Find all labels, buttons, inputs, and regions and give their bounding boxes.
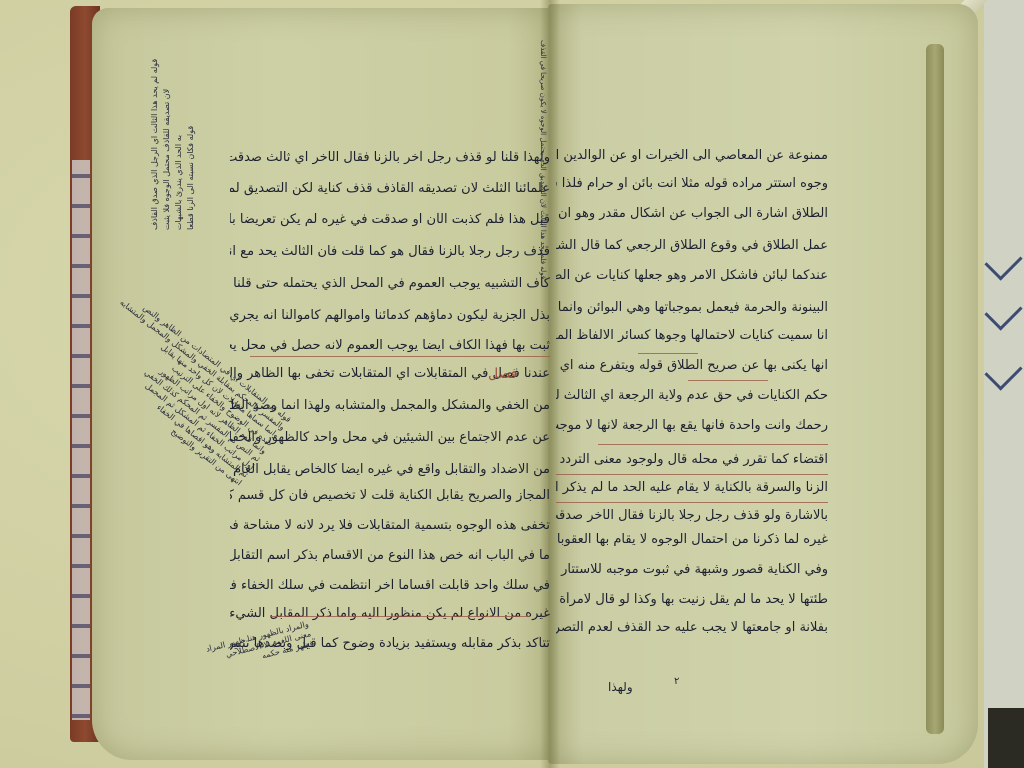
rubric-heading: فصل xyxy=(488,366,517,382)
text-line: قيل هذا فلم كذبت الآن او صدقت في غيره لم… xyxy=(230,212,550,228)
red-rule xyxy=(556,474,828,475)
text-line: حكم الكنايات في حق عدم ولاية الرجعة اي ا… xyxy=(556,388,828,404)
left-endpaper-strip xyxy=(72,160,90,720)
dark-corner xyxy=(988,708,1024,768)
text-line: انها يكنى بها عن صريح الطلاق قوله ويتفرع… xyxy=(556,358,828,374)
margin-note-vertical: به الحد الذي يندرئ بالشبهات xyxy=(174,135,184,230)
text-line: عمل الطلاق في وقوع الطلاق الرجعي كما قال… xyxy=(556,238,828,254)
text-line: ثبت بها فهذا الكاف ايضا يوجب العموم لانه… xyxy=(230,338,550,354)
text-line: البينونة والحرمة فيعمل بموجباتها وهي الب… xyxy=(556,300,828,316)
text-line: انا سميت كنايات لاحتمالها وجوها كسائر ال… xyxy=(556,328,828,344)
text-line: تخفى هذه الوجوه بتسمية المتقابلات فلا ير… xyxy=(230,518,550,534)
red-rule xyxy=(556,502,828,503)
red-rule xyxy=(250,356,550,357)
text-line: رحمك وانت واحدة فانها يقع بها الرجعة لان… xyxy=(556,418,828,434)
red-rule xyxy=(638,353,698,354)
margin-note-vertical: لان تصديقه للقاذف محتمل الوجوه فلا يثبت xyxy=(162,89,172,230)
text-line: وجوه استتر مراده قوله مثلا انت بائن او ح… xyxy=(556,176,828,192)
red-rule xyxy=(598,444,828,445)
page-edge xyxy=(926,44,944,734)
text-line: علمائنا الثلث لان تصديقه القاذف قذف كناي… xyxy=(230,181,550,197)
text-line: غيره من الانواع لم يكن منظورا اليه واما … xyxy=(230,606,550,622)
catchword-mark: ٢ xyxy=(674,676,679,687)
text-line: الطلاق اشارة الى الجواب عن اشكال مقدر وه… xyxy=(556,206,828,222)
gutter-note: قوله فلم يحد هذا الثالث لان التصديق الذي… xyxy=(538,40,548,279)
text-line: قذف رجل رجلا بالزنا فقال هو كما قلت فان … xyxy=(230,244,550,260)
text-line: في سلك واحد قابلت اقساما آخر انتظمت في س… xyxy=(230,578,550,594)
red-rule xyxy=(270,616,530,617)
text-line: عندكما لبائن فاشكل الامر وهو جعلها كنايا… xyxy=(556,268,828,284)
text-line: بذل الجزية ليكون دماؤهم كدمائنا واموالهم… xyxy=(230,308,550,324)
text-line: طئتها لا يحد ما لم يقل زنيت بها وكذا لو … xyxy=(556,592,828,608)
text-line: بالاشارة ولو قذف رجل رجلا بالزنا فقال ال… xyxy=(556,508,828,524)
ornament-icon xyxy=(984,352,1022,390)
catchword: ولهذا xyxy=(608,680,633,694)
text-line: اقتضاء كما تقرر في محله قال ولوجود معنى … xyxy=(556,452,828,468)
text-line: المجاز والصريح يقابل الكناية قلت لا تخصي… xyxy=(230,488,550,504)
text-line: ولهذا قلنا لو قذف رجل آخر بالزنا فقال ال… xyxy=(230,150,550,166)
right-endpaper xyxy=(984,0,1024,768)
text-line: من الاضداد والتقابل واقع في غيره ايضا كا… xyxy=(230,462,550,478)
text-line: الزنا والسرقة بالكناية لا يقام عليه الحد… xyxy=(556,480,828,496)
text-line: بفلانة او جامعتها لا يجب عليه حد القذف ل… xyxy=(556,620,828,636)
red-rule xyxy=(688,380,768,381)
margin-note-vertical: قوله فكان نسبته الى الزنا قطعا xyxy=(186,126,196,230)
text-line: ممنوعة عن المعاصي الى الخيرات او عن الوا… xyxy=(556,148,828,164)
text-line: كاف التشبيه يوجب العموم في المحل الذي يح… xyxy=(230,276,550,292)
margin-note-vertical: قوله لم يحد هذا الثالث اي الرجل الذي صدق… xyxy=(150,59,160,230)
text-line: وفي الكناية قصور وشبهة في ثبوت موجبه للا… xyxy=(556,562,828,578)
right-page-text: ممنوعة عن المعاصي الى الخيرات او عن الوا… xyxy=(556,148,828,648)
text-line: غيره لما ذكرنا من احتمال الوجوه لا يقام … xyxy=(556,532,828,548)
text-line: ما في الباب انه خص هذا النوع من الاقسام … xyxy=(230,548,550,564)
ornament-icon xyxy=(984,242,1022,280)
ornament-icon xyxy=(984,292,1022,330)
